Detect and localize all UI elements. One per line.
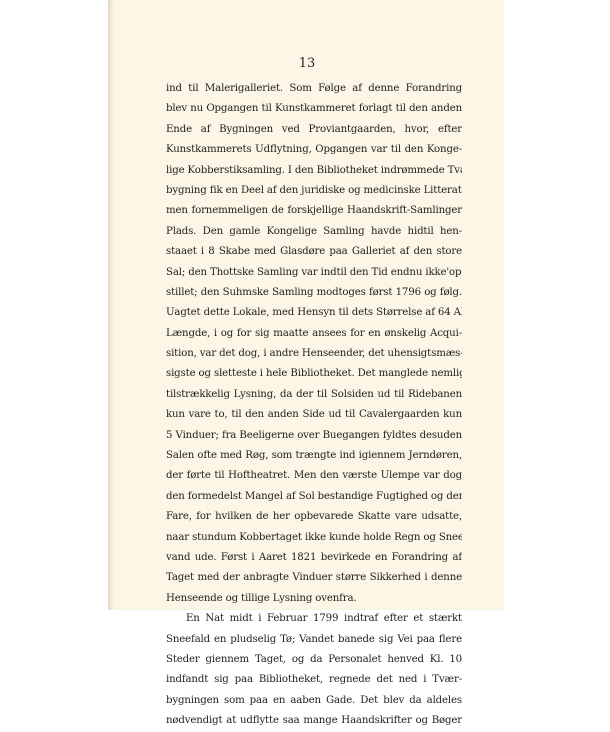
text-line: Henseende og tillige Lysning ovenfra. xyxy=(166,589,462,609)
text-line: Fare, for hvilken de her opbevarede Skat… xyxy=(166,507,462,527)
body-text: ind til Malerigalleriet. Som Følge af de… xyxy=(166,79,462,610)
text-line: den formedelst Mangel af Sol bestandige … xyxy=(166,487,462,507)
text-line: Kunstkammerets Udflytning, Opgangen var … xyxy=(166,140,462,160)
text-line: blev nu Opgangen til Kunstkammeret forla… xyxy=(166,99,462,119)
text-line: men fornemmeligen de forskjellige Haands… xyxy=(166,201,462,221)
text-line: Ende af Bygningen ved Proviantgaarden, h… xyxy=(166,120,462,140)
text-line: der førte til Hoftheatret. Men den værst… xyxy=(166,466,462,486)
text-line: Uagtet dette Lokale, med Hensyn til dets… xyxy=(166,303,462,323)
text-line: sition, var det dog, i andre Henseender,… xyxy=(166,344,462,364)
text-line: Længde, i og for sig maatte ansees for e… xyxy=(166,324,462,344)
text-line: Plads. Den gamle Kongelige Samling havde… xyxy=(166,222,462,242)
text-line: lige Kobberstiksamling. I den Bibliothek… xyxy=(166,161,462,181)
text-line: bygning fik en Deel af den juridiske og … xyxy=(166,181,462,201)
text-line: sigste og slettestе i hele Bibliotheket.… xyxy=(166,364,462,384)
text-line: Salen ofte med Røg, som trængte ind igie… xyxy=(166,446,462,466)
text-line: stillet; den Suhmske Samling modtoges fø… xyxy=(166,283,462,303)
text-line: vand ude. Først i Aaret 1821 bevirkede e… xyxy=(166,548,462,568)
text-line: Sal; den Thottske Samling var indtil den… xyxy=(166,263,462,283)
book-page: 13 ind til Malerigalleriet. Som Følge af… xyxy=(108,0,504,610)
text-line: Taget med der anbragte Vinduer større Si… xyxy=(166,568,462,588)
text-line: staaet i 8 Skabe med Glasdøre paa Galler… xyxy=(166,242,462,262)
text-line: tilstrækkelig Lysning, da der til Solsid… xyxy=(166,385,462,405)
text-line: 5 Vinduer; fra Beeligerne over Buegangen… xyxy=(166,426,462,446)
text-line: ind til Malerigalleriet. Som Følge af de… xyxy=(166,79,462,99)
page-number: 13 xyxy=(110,56,504,71)
text-line: naar stundum Kobbertaget ikke kunde hold… xyxy=(166,528,462,548)
text-line: kun vare to, til den anden Side ud til C… xyxy=(166,405,462,425)
